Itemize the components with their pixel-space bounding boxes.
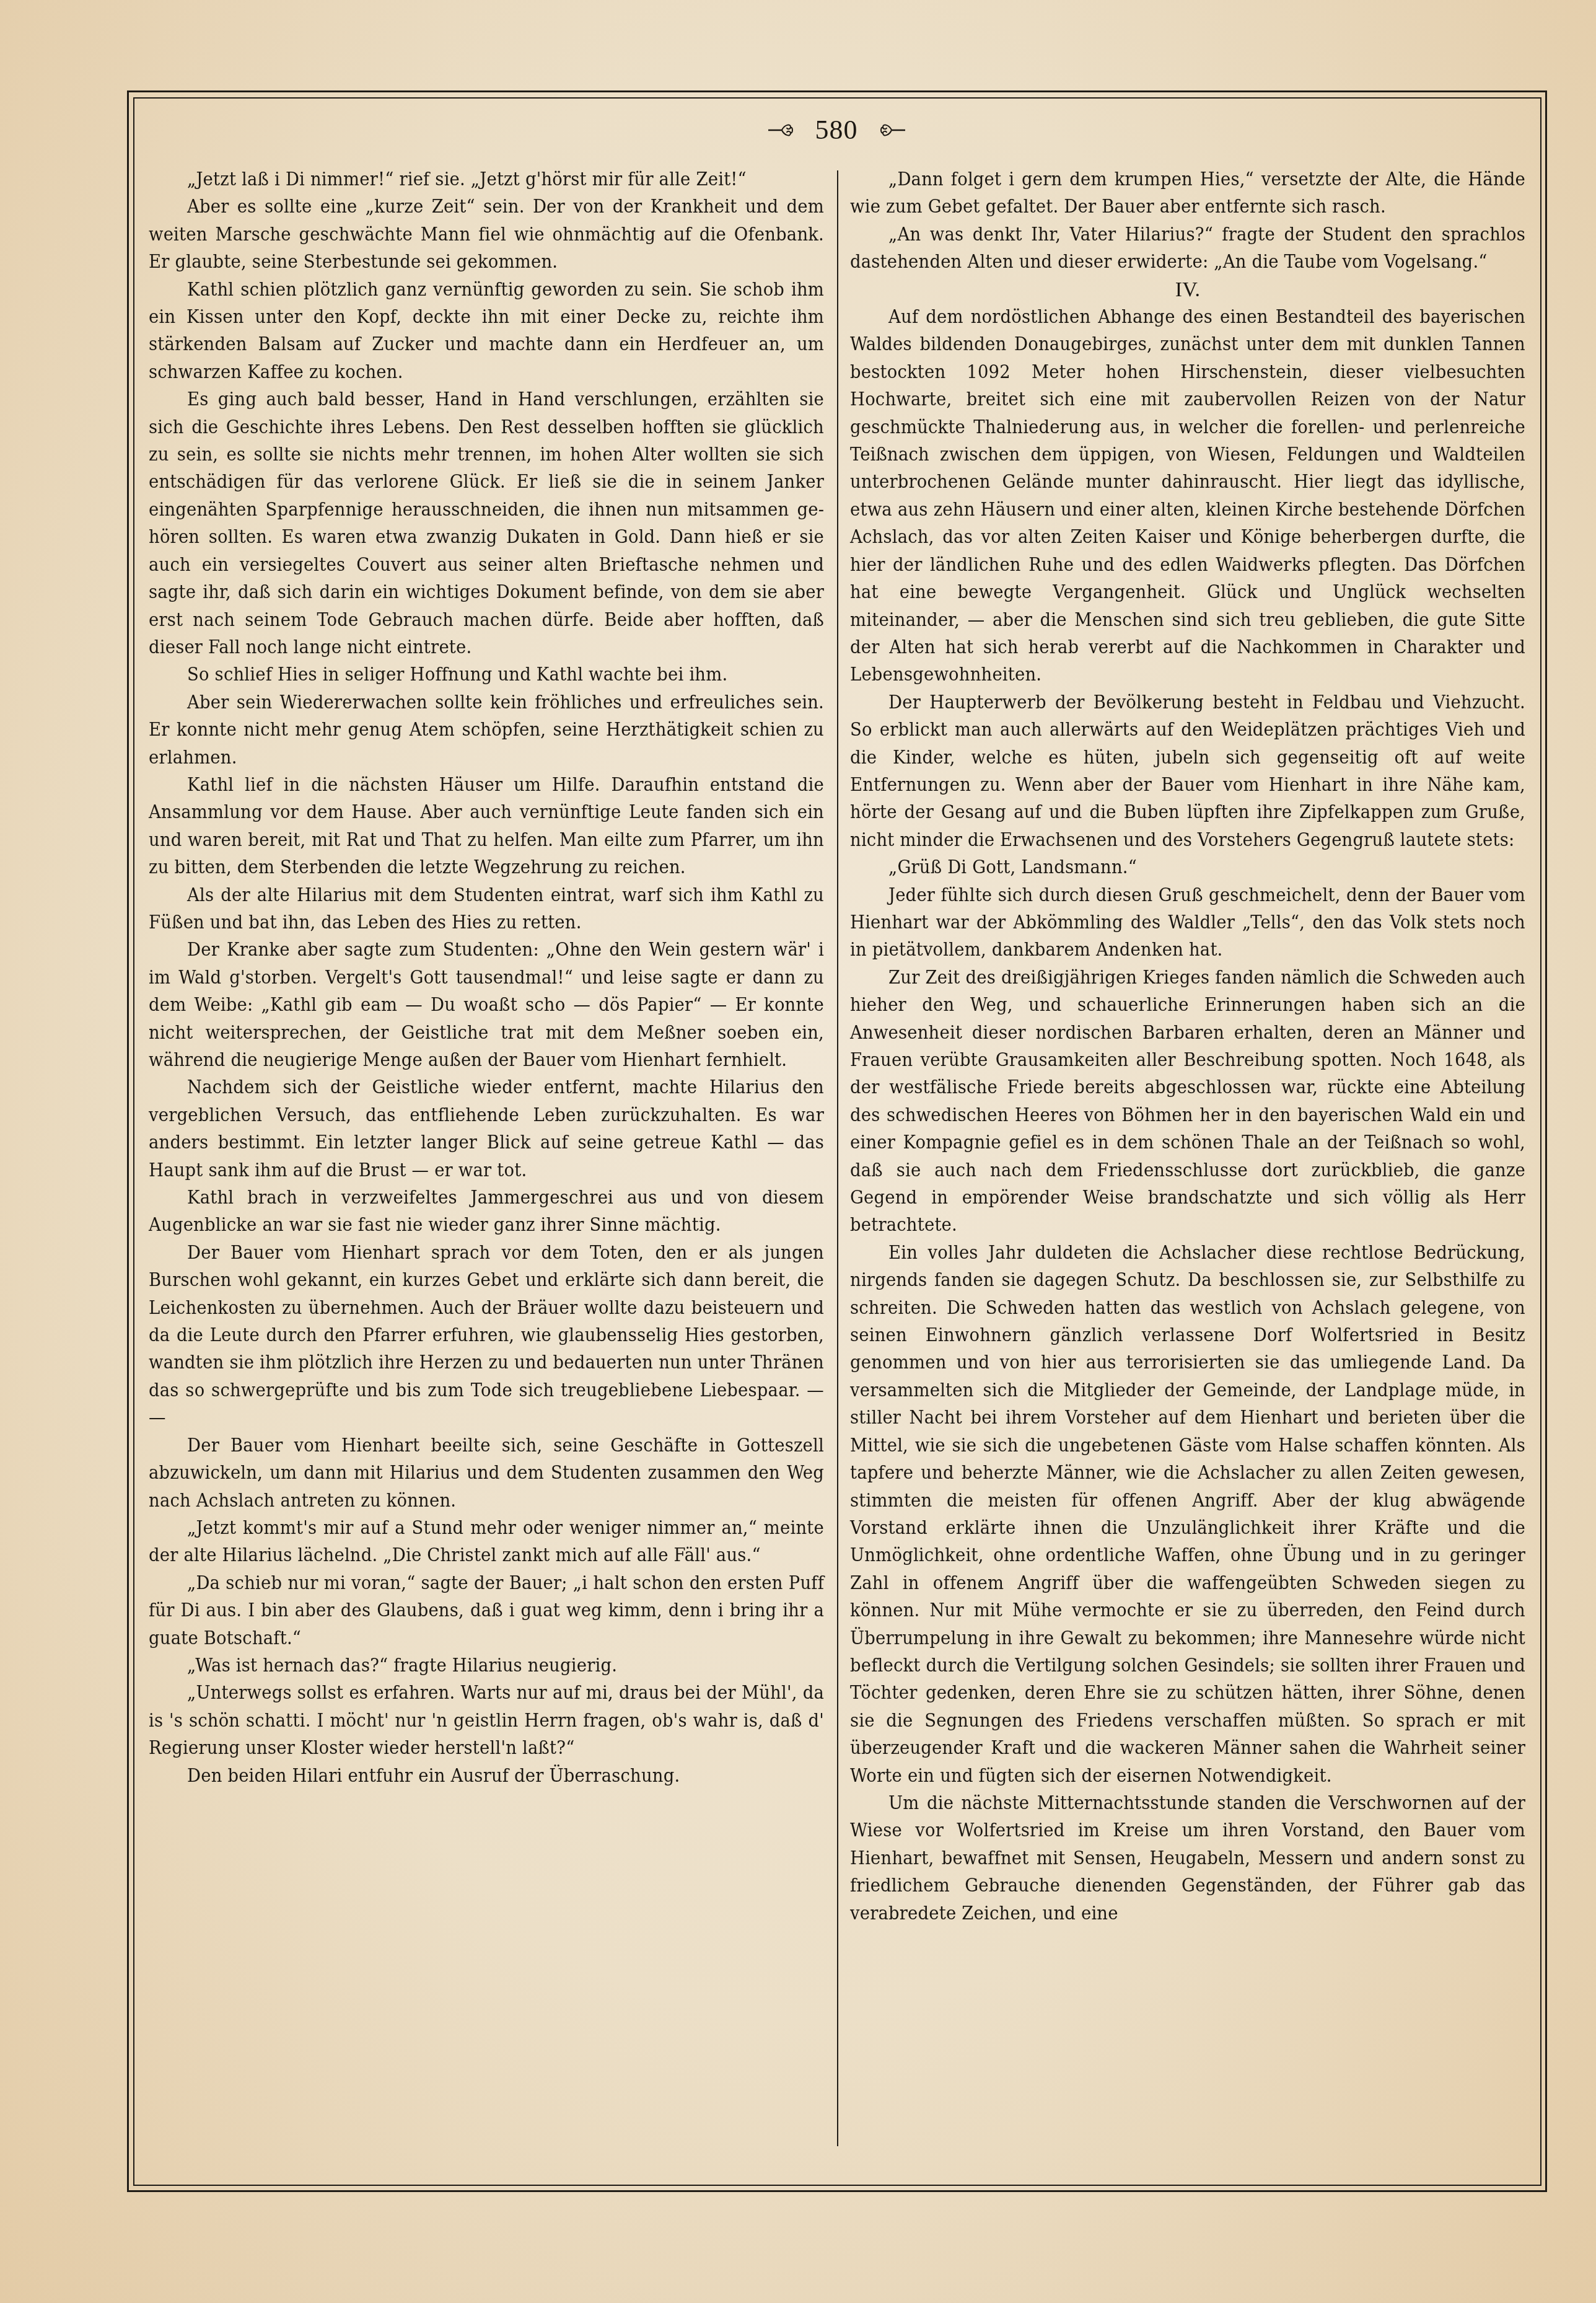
paragraph: Kathl brach in verzweifeltes Jammergesch…: [149, 1184, 824, 1240]
paragraph: Als der alte Hilarius mit dem Studenten …: [149, 882, 824, 937]
ornament-right-icon: [874, 122, 905, 138]
paragraph: Nachdem sich der Geistliche wieder entfe…: [149, 1074, 824, 1184]
paragraph: Zur Zeit des dreißigjährigen Krieges fan…: [850, 964, 1525, 1240]
right-column: „Dann folget i gern dem krumpen Hies,“ v…: [850, 166, 1525, 1927]
left-column: „Jetzt laß i Di nimmer!“ rief sie. „Jetz…: [149, 166, 824, 1790]
paragraph: „An was denkt Ihr, Vater Hilarius?“ frag…: [850, 221, 1525, 276]
paragraph: Der Bauer vom Hienhart beeilte sich, sei…: [149, 1432, 824, 1515]
paragraph: Der Bauer vom Hienhart sprach vor dem To…: [149, 1240, 824, 1432]
section-heading: IV.: [850, 276, 1525, 304]
paragraph: Aber es sollte eine „kurze Zeit“ sein. D…: [149, 193, 824, 276]
page-header: 580: [0, 117, 1596, 144]
paragraph: Es ging auch bald besser, Hand in Hand v…: [149, 386, 824, 661]
paragraph: „Dann folget i gern dem krumpen Hies,“ v…: [850, 166, 1525, 221]
paragraph: „Jetzt laß i Di nimmer!“ rief sie. „Jetz…: [149, 166, 824, 193]
paragraph: „Was ist hernach das?“ fragte Hilarius n…: [149, 1652, 824, 1680]
paragraph: „Da schieb nur mi voran,“ sagte der Baue…: [149, 1570, 824, 1652]
paragraph: Um die nächste Mitternachtsstunde stande…: [850, 1790, 1525, 1927]
paragraph: „Grüß Di Gott, Landsmann.“: [850, 854, 1525, 881]
paragraph: Der Kranke aber sagte zum Studenten: „Oh…: [149, 936, 824, 1074]
column-divider-rule: [837, 170, 838, 2146]
paragraph: Jeder fühlte sich durch diesen Gruß gesc…: [850, 882, 1525, 964]
paragraph: Kathl schien plötzlich ganz vernünftig g…: [149, 276, 824, 387]
paragraph: „Jetzt kommt's mir auf a Stund mehr oder…: [149, 1515, 824, 1570]
paragraph: Der Haupterwerb der Bevölkerung besteht …: [850, 689, 1525, 854]
paragraph: So schlief Hies in seliger Hoffnung und …: [149, 661, 824, 689]
paragraph: Den beiden Hilari entfuhr ein Ausruf der…: [149, 1763, 824, 1790]
paragraph: Auf dem nordöstlichen Abhange des einen …: [850, 304, 1525, 689]
paragraph: Aber sein Wiedererwachen sollte kein frö…: [149, 689, 824, 772]
paragraph: Ein volles Jahr duldeten die Achslacher …: [850, 1240, 1525, 1790]
paragraph: Kathl lief in die nächsten Häuser um Hil…: [149, 772, 824, 882]
page-number: 580: [815, 117, 858, 144]
paragraph: „Unterwegs sollst es erfahren. Warts nur…: [149, 1680, 824, 1762]
ornament-left-icon: [768, 122, 799, 138]
